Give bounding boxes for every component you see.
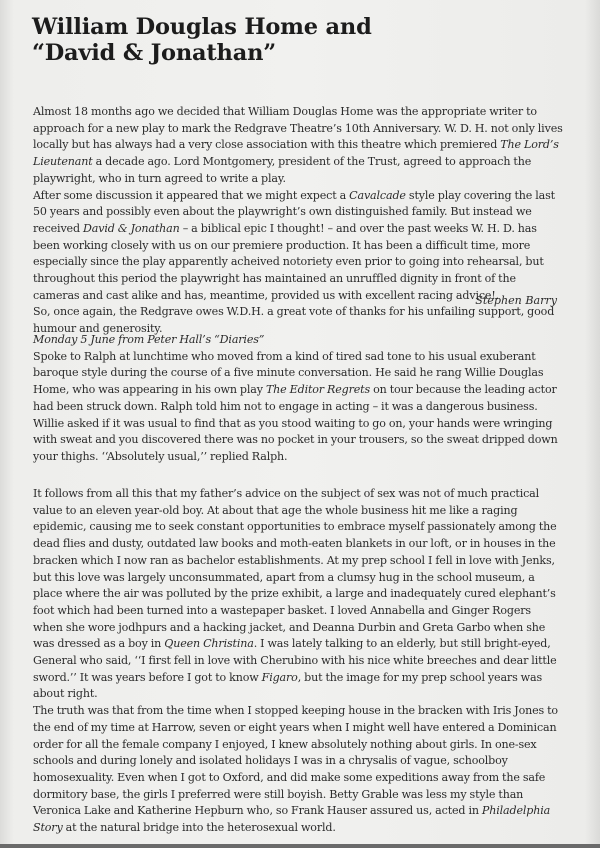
diary-section: Monday 5 June from Peter Hall’s “Diaries… [33, 332, 563, 466]
play-title: The Editor Regrets [266, 383, 370, 396]
title-line-2: “David & Jonathan” [32, 40, 276, 66]
play-title: Cavalcade [349, 189, 406, 202]
signature: Stephen Barry [475, 294, 557, 307]
opera-title: Figaro [262, 671, 298, 684]
article-title: William Douglas Home and “David & Jonath… [32, 14, 552, 66]
scanned-page: William Douglas Home and “David & Jonath… [0, 0, 600, 844]
intro-paragraph-2: After some discussion it appeared that w… [33, 188, 563, 305]
memoir-paragraph-1: It follows from all this that my father’… [33, 486, 563, 703]
film-title: Queen Christina [164, 637, 253, 650]
diary-paragraph: Spoke to Ralph at lunchtime who moved fr… [33, 349, 563, 466]
diary-heading: Monday 5 June from Peter Hall’s “Diaries… [33, 332, 563, 349]
memoir-section: It follows from all this that my father’… [33, 486, 563, 837]
title-line-1: William Douglas Home and [32, 14, 372, 40]
play-title: David & Jonathan [83, 222, 180, 235]
page-bottom-edge [0, 844, 600, 848]
intro-paragraph-1: Almost 18 months ago we decided that Wil… [33, 104, 563, 188]
memoir-paragraph-2: The truth was that from the time when I … [33, 703, 563, 837]
